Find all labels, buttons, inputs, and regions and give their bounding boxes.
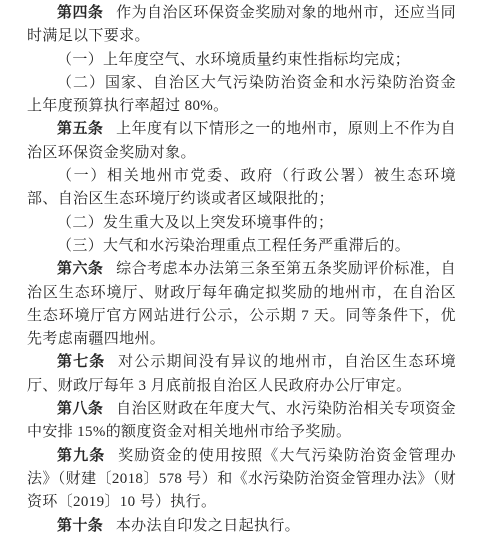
article-5-item-1: （一）相关地州市党委、政府（行政公署）被生态环境部、自治区生态环境厅约谈或者区域… — [27, 165, 456, 212]
article-5-item-1-text: （一）相关地州市党委、政府（行政公署）被生态环境部、自治区生态环境厅约谈或者区域… — [27, 168, 456, 207]
article-4-item-1-text: （一）上年度空气、水环境质量约束性指标均完成； — [57, 52, 410, 68]
article-5-number: 第五条 — [57, 121, 103, 137]
article-4-item-2: （二）国家、自治区大气污染防治资金和水污染防治资金上年度预算执行率超过 80%。 — [27, 72, 456, 119]
article-9-paragraph: 第九条奖励资金的使用按照《大气污染防治资金管理办法》（财建〔2018〕578 号… — [27, 445, 456, 515]
article-5-item-3-text: （三）大气和水污染治理重点工程任务严重滞后的。 — [57, 238, 410, 254]
article-9-number: 第九条 — [57, 448, 105, 464]
article-4-item-2-text: （二）国家、自治区大气污染防治资金和水污染防治资金上年度预算执行率超过 80%。 — [27, 75, 456, 114]
article-5-item-2: （二）发生重大及以上突发环境事件的； — [27, 212, 456, 235]
article-5-item-3: （三）大气和水污染治理重点工程任务严重滞后的。 — [27, 235, 456, 258]
article-6-paragraph: 第六条综合考虑本办法第三条至第五条奖励评价标准，自治区生态环境厅、财政厅每年确定… — [27, 258, 456, 351]
article-4-number: 第四条 — [57, 5, 103, 21]
article-7-paragraph: 第七条对公示期间没有异议的地州市，自治区生态环境厅、财政厅每年 3 月底前报自治… — [27, 351, 456, 398]
article-5-item-2-text: （二）发生重大及以上突发环境事件的； — [57, 215, 333, 231]
article-10-paragraph: 第十条本办法自印发之日起执行。 — [27, 515, 456, 538]
article-8-number: 第八条 — [57, 401, 103, 417]
article-7-number: 第七条 — [57, 354, 105, 370]
article-4-paragraph: 第四条作为自治区环保资金奖励对象的地州市，还应当同时满足以下要求。 — [27, 2, 456, 49]
article-4-item-1: （一）上年度空气、水环境质量约束性指标均完成； — [27, 49, 456, 72]
document-page: 第四条作为自治区环保资金奖励对象的地州市，还应当同时满足以下要求。 （一）上年度… — [0, 0, 482, 555]
article-6-number: 第六条 — [57, 261, 103, 277]
article-8-paragraph: 第八条自治区财政在年度大气、水污染防治相关专项资金中安排 15%的额度资金对相关… — [27, 398, 456, 445]
article-10-number: 第十条 — [57, 518, 103, 534]
article-10-text: 本办法自印发之日起执行。 — [116, 518, 300, 534]
article-5-paragraph: 第五条上年度有以下情形之一的地州市，原则上不作为自治区环保资金奖励对象。 — [27, 118, 456, 165]
